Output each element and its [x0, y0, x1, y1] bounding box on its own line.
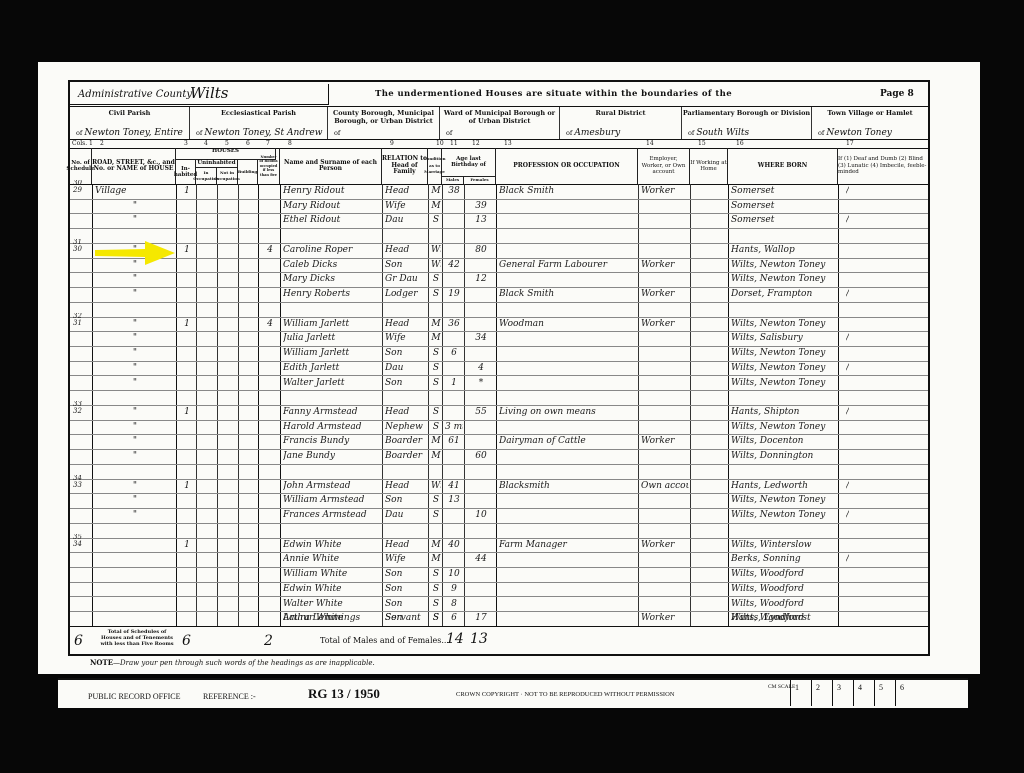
cell-name: Edith Jarlett	[283, 361, 381, 376]
cell-born: Somerset	[731, 199, 837, 214]
cell-female-age: 13	[467, 213, 495, 228]
cell-condition: S	[431, 420, 441, 435]
cell-name: Laura Lemmings	[283, 611, 381, 626]
cell-name: Henry Roberts	[283, 287, 381, 302]
cell-relation: Head	[385, 538, 427, 553]
total-schedules: 6	[74, 633, 83, 649]
cell-condition: S	[431, 582, 441, 597]
cell-female-age: *	[467, 376, 495, 391]
cell-road: "	[95, 287, 175, 302]
cell-born: Somerset	[731, 213, 837, 228]
cell-road: "	[95, 493, 175, 508]
cell-name: Julia Jarlett	[283, 331, 381, 346]
cell-born: Dorset, Frampton	[731, 287, 837, 302]
scale-mark: 4	[853, 680, 874, 706]
cell-name: Frances Armstead	[283, 508, 381, 523]
cell-male-age: 42	[445, 258, 463, 273]
total-houses-label: Total of Schedules of Houses and of Tene…	[100, 629, 174, 647]
cell-condition: S	[431, 567, 441, 582]
reference-label: REFERENCE :-	[203, 692, 256, 701]
tick-mark: /	[846, 213, 849, 228]
column-number: 6	[246, 140, 250, 147]
page-number: Page 8	[880, 89, 914, 99]
cell-female-age: 34	[467, 331, 495, 346]
administrative-county: Administrative County Wilts	[70, 84, 329, 105]
column-number: 12	[472, 140, 480, 147]
cell-born: Wilts, Winterslow	[731, 538, 837, 553]
scale-mark: 1	[790, 680, 811, 706]
table-row	[70, 302, 928, 318]
rural-district-value: Amesbury	[574, 128, 620, 138]
header-occupation: PROFESSION OR OCCUPATION	[496, 148, 638, 184]
cell-born: Hants, Lyndhurst	[731, 611, 837, 626]
cell-relation: Nephew	[385, 420, 427, 435]
total-rooms: 2	[264, 633, 273, 649]
cell-born: Wilts, Woodford	[731, 582, 837, 597]
header-building: Building	[238, 160, 258, 184]
header-rooms: Number of Rooms occupied if less than fi…	[258, 148, 280, 184]
cell-schedule: 3029	[73, 180, 91, 196]
cell-male-age: 38	[445, 184, 463, 199]
office-label: PUBLIC RECORD OFFICE	[88, 692, 180, 701]
cell-occupation: Black Smith	[499, 287, 637, 302]
header-name: Name and Surname of each Person	[280, 148, 382, 184]
cell-female-age: 10	[467, 508, 495, 523]
cell-female-age: 39	[467, 199, 495, 214]
cell-condition: S	[431, 361, 441, 376]
civil-parish-value: Newton Toney, Entire	[84, 128, 183, 138]
cell-born: Wilts, Newton Toney	[731, 317, 837, 332]
cell-male-age: 36	[445, 317, 463, 332]
cell-born: Wilts, Newton Toney	[731, 420, 837, 435]
cell-rooms: 4	[261, 317, 279, 332]
header-females: Females	[464, 176, 496, 184]
village-value: Newton Toney	[826, 128, 892, 138]
cell-name: William Jarlett	[283, 346, 381, 361]
header-working-at-home: If Working at Home	[690, 148, 728, 184]
cm-scale: 123456	[790, 680, 916, 706]
ecclesiastical-parish: Ecclesiastical Parish ofNewton Toney, St…	[190, 107, 328, 139]
cell-condition: M	[431, 449, 441, 464]
scale-mark: 6	[895, 680, 916, 706]
cell-condition: M	[431, 538, 441, 553]
tick-mark: /	[846, 552, 849, 567]
cell-inhabited: 1	[179, 317, 195, 332]
cell-female-age: 80	[467, 243, 495, 258]
cell-road: "	[95, 405, 175, 420]
header-employer: Employer, Worker, or Own account	[638, 148, 690, 184]
cell-name: Walter Jarlett	[283, 376, 381, 391]
cell-employer: Own account	[641, 479, 689, 494]
copyright-notice: CROWN COPYRIGHT · NOT TO BE REPRODUCED W…	[456, 691, 675, 698]
cell-schedule: 3332	[73, 401, 91, 417]
cell-male-age: 41	[445, 479, 463, 494]
cell-name: Edwin White	[283, 538, 381, 553]
scale-mark: 5	[874, 680, 895, 706]
cell-male-age: 6	[445, 611, 463, 626]
cell-employer: Worker	[641, 434, 689, 449]
cell-inhabited: 1	[179, 243, 195, 258]
yellow-arrow-icon	[95, 240, 175, 266]
cell-relation: Son	[385, 597, 427, 612]
cell-relation: Son	[385, 567, 427, 582]
cell-relation: Wife	[385, 331, 427, 346]
cell-relation: Son	[385, 376, 427, 391]
cell-born: Somerset	[731, 184, 837, 199]
cell-female-age: 60	[467, 449, 495, 464]
cell-born: Hants, Wallop	[731, 243, 837, 258]
column-number: 2	[100, 140, 104, 147]
column-number: 7	[266, 140, 270, 147]
cell-name: Caroline Roper	[283, 243, 381, 258]
cell-male-age: 19	[445, 287, 463, 302]
cell-road: "	[95, 272, 175, 287]
column-number: 5	[225, 140, 229, 147]
cell-born: Berks, Sonning	[731, 552, 837, 567]
cell-condition: M	[431, 331, 441, 346]
scale-mark: 2	[811, 680, 832, 706]
table-row	[70, 464, 928, 480]
cell-occupation: Dairyman of Cattle	[499, 434, 637, 449]
cell-relation: Head	[385, 184, 427, 199]
note: NOTE—Draw your pen through such words of…	[90, 658, 375, 667]
cell-schedule: 3231	[73, 313, 91, 329]
column-number: 15	[698, 140, 706, 147]
column-number: 9	[390, 140, 394, 147]
cell-name: Mary Dicks	[283, 272, 381, 287]
cell-name: William Jarlett	[283, 317, 381, 332]
cell-male-age: 1	[445, 376, 463, 391]
cell-name: Henry Ridout	[283, 184, 381, 199]
cell-occupation: General Farm Labourer	[499, 258, 637, 273]
header-schedule: No. of Schedule	[70, 148, 92, 184]
column-number: Cols. 1	[72, 140, 93, 147]
cell-condition: S	[431, 493, 441, 508]
header-relation: RELATION to Head of Family	[382, 148, 428, 184]
cell-road: "	[95, 346, 175, 361]
admin-county-label: Administrative County	[78, 89, 192, 100]
cell-name: William White	[283, 567, 381, 582]
undermentioned-heading: The undermentioned Houses are situate wi…	[375, 89, 732, 99]
cell-male-age: 61	[445, 434, 463, 449]
cell-inhabited: 1	[179, 538, 195, 553]
cell-relation: Head	[385, 479, 427, 494]
parliamentary-borough: Parliamentary Borough or Division ofSout…	[682, 107, 812, 139]
column-number: 13	[504, 140, 512, 147]
column-number: 16	[736, 140, 744, 147]
cell-road: "	[95, 449, 175, 464]
civil-parish: Civil Parish ofNewton Toney, Entire	[70, 107, 190, 139]
table-row	[70, 390, 928, 406]
cell-born: Wilts, Docenton	[731, 434, 837, 449]
cell-name: Harold Armstead	[283, 420, 381, 435]
cell-employer: Worker	[641, 287, 689, 302]
tick-mark: /	[846, 331, 849, 346]
area-boundaries: Civil Parish ofNewton Toney, Entire Eccl…	[70, 106, 928, 140]
cell-relation: Boarder	[385, 449, 427, 464]
cell-rooms: 4	[261, 243, 279, 258]
cell-relation: Dau	[385, 361, 427, 376]
cell-male-age: 10	[445, 567, 463, 582]
total-houses: 6	[182, 633, 191, 649]
cell-name: Jane Bundy	[283, 449, 381, 464]
cell-condition: S	[431, 272, 441, 287]
cell-relation: Head	[385, 405, 427, 420]
table-row	[70, 228, 928, 244]
cell-employer: Worker	[641, 184, 689, 199]
cell-born: Hants, Shipton	[731, 405, 837, 420]
cell-road: "	[95, 508, 175, 523]
cell-female-age: 4	[467, 361, 495, 376]
cell-born: Wilts, Woodford	[731, 567, 837, 582]
column-number: 14	[646, 140, 654, 147]
cell-name: John Armstead	[283, 479, 381, 494]
cell-female-age: 44	[467, 552, 495, 567]
admin-county-value: Wilts	[190, 84, 228, 102]
cell-born: Hants, Ledworth	[731, 479, 837, 494]
column-number: 3	[184, 140, 188, 147]
cell-condition: S	[431, 508, 441, 523]
cell-condition: S	[431, 597, 441, 612]
cell-born: Wilts, Newton Toney	[731, 346, 837, 361]
archive-footer: PUBLIC RECORD OFFICE REFERENCE :- RG 13 …	[58, 678, 968, 708]
cell-relation: Dau	[385, 508, 427, 523]
tick-mark: /	[846, 361, 849, 376]
header-not-in-occupation: Not in Occupation	[217, 168, 238, 184]
cell-road: "	[95, 199, 175, 214]
cell-employer: Worker	[641, 611, 689, 626]
rural-district: Rural District ofAmesbury	[560, 107, 682, 139]
cell-road: "	[95, 376, 175, 391]
cell-condition: S	[431, 213, 441, 228]
cell-road: "	[95, 213, 175, 228]
tick-mark: /	[846, 479, 849, 494]
cell-name: Mary Ridout	[283, 199, 381, 214]
column-headers: No. of Schedule ROAD, STREET, &c., and N…	[70, 148, 928, 185]
cell-relation: Lodger	[385, 287, 427, 302]
cell-name: Fanny Armstead	[283, 405, 381, 420]
column-number: 10	[436, 140, 444, 147]
cell-road: "	[95, 317, 175, 332]
cell-born: Wilts, Newton Toney	[731, 376, 837, 391]
cell-name: Caleb Dicks	[283, 258, 381, 273]
cell-relation: Son	[385, 346, 427, 361]
cell-born: Wilts, Donnington	[731, 449, 837, 464]
cell-name: Walter White	[283, 597, 381, 612]
totals-row: 6 Total of Schedules of Houses and of Te…	[70, 626, 928, 655]
cell-born: Wilts, Newton Toney	[731, 493, 837, 508]
cell-relation: Son	[385, 582, 427, 597]
cell-born: Wilts, Newton Toney	[731, 258, 837, 273]
cell-born: Wilts, Salisbury	[731, 331, 837, 346]
cell-male-age: 13	[445, 493, 463, 508]
reference-number: RG 13 / 1950	[308, 686, 380, 702]
ecclesiastical-parish-value: Newton Toney, St Andrew	[204, 128, 322, 138]
cell-relation: Son	[385, 258, 427, 273]
cell-employer: Worker	[641, 317, 689, 332]
cell-inhabited: 1	[179, 184, 195, 199]
cell-male-age: 40	[445, 538, 463, 553]
header-infirmity: If (1) Deaf and Dumb (2) Blind (3) Lunat…	[838, 148, 928, 184]
cell-condition: M	[431, 317, 441, 332]
header-uninhabited: Uninhabited	[196, 160, 238, 168]
cell-employer: Worker	[641, 258, 689, 273]
cell-condition: M	[431, 552, 441, 567]
column-number: 4	[204, 140, 208, 147]
cell-relation: Boarder	[385, 434, 427, 449]
header-condition: Condition as to Marriage	[428, 148, 442, 184]
cell-relation: Wife	[385, 552, 427, 567]
cell-born: Wilts, Newton Toney	[731, 272, 837, 287]
cell-relation: Son	[385, 493, 427, 508]
cell-condition: M	[431, 434, 441, 449]
cell-road: "	[95, 420, 175, 435]
column-number: 17	[846, 140, 854, 147]
cell-condition: S	[431, 287, 441, 302]
cell-relation: Wife	[385, 199, 427, 214]
cell-relation: Head	[385, 317, 427, 332]
cell-female-age: 12	[467, 272, 495, 287]
header-age: Age last Birthday of	[442, 148, 496, 176]
cell-condition: S	[431, 376, 441, 391]
column-number: 11	[450, 140, 458, 147]
cell-condition: Wid	[431, 479, 441, 494]
tick-mark: /	[846, 287, 849, 302]
cell-relation: Dau	[385, 213, 427, 228]
cell-schedule: 3130	[73, 239, 91, 255]
cell-condition: Wid	[431, 243, 441, 258]
cell-schedule: 3534	[73, 534, 91, 550]
cell-name: Ethel Ridout	[283, 213, 381, 228]
cell-occupation: Living on own means	[499, 405, 637, 420]
cell-inhabited: 1	[179, 479, 195, 494]
cell-road: Village	[95, 184, 175, 199]
table-row	[70, 523, 928, 539]
header-road: ROAD, STREET, &c., and No. or NAME of HO…	[92, 148, 176, 184]
cell-female-age: 17	[467, 611, 495, 626]
cell-name: Edwin White	[283, 582, 381, 597]
cell-condition: S	[431, 346, 441, 361]
cell-name: Annie White	[283, 552, 381, 567]
cell-relation: Head	[385, 243, 427, 258]
column-number: 8	[288, 140, 292, 147]
cell-occupation: Black Smith	[499, 184, 637, 199]
cell-male-age: 9	[445, 582, 463, 597]
cell-occupation: Blacksmith	[499, 479, 637, 494]
cell-condition: S	[431, 611, 441, 626]
cell-relation: Servant	[385, 611, 427, 626]
cell-road: "	[95, 479, 175, 494]
cell-condition: S	[431, 405, 441, 420]
cell-occupation: Farm Manager	[499, 538, 637, 553]
parliamentary-value: South Wilts	[696, 128, 749, 138]
header-where-born: WHERE BORN	[728, 148, 838, 184]
cell-born: Wilts, Newton Toney	[731, 508, 837, 523]
cell-road: "	[95, 434, 175, 449]
cell-male-age: 6	[445, 346, 463, 361]
tick-mark: /	[846, 405, 849, 420]
cell-condition: Wid	[431, 258, 441, 273]
cell-road: "	[95, 331, 175, 346]
cell-schedule: 3433	[73, 475, 91, 491]
tick-mark: /	[846, 184, 849, 199]
ward: Ward of Municipal Borough or of Urban Di…	[440, 107, 560, 139]
census-entries: 3029Village1Henry RidoutHeadM38Black Smi…	[70, 184, 928, 626]
cell-occupation: Woodman	[499, 317, 637, 332]
total-females: 13	[470, 631, 488, 647]
tick-mark: /	[846, 508, 849, 523]
total-males: 14	[446, 631, 464, 647]
scale-mark: 3	[832, 680, 853, 706]
cell-female-age: 55	[467, 405, 495, 420]
cell-name: William Armstead	[283, 493, 381, 508]
cell-employer: Worker	[641, 538, 689, 553]
village-hamlet: Town Village or Hamlet ofNewton Toney	[812, 107, 928, 139]
cell-condition: M	[431, 199, 441, 214]
cell-inhabited: 1	[179, 405, 195, 420]
county-borough: County Borough, Municipal Borough, or Ur…	[328, 107, 440, 139]
cell-road: "	[95, 361, 175, 376]
cell-male-age: 8	[445, 597, 463, 612]
cell-name: Francis Bundy	[283, 434, 381, 449]
cell-born: Wilts, Newton Toney	[731, 361, 837, 376]
cell-relation: Gr Dau	[385, 272, 427, 287]
total-persons-label: Total of Males and of Females...	[320, 636, 449, 645]
cell-male-age: 3 mths	[445, 420, 463, 435]
cell-born: Wilts, Woodford	[731, 597, 837, 612]
cell-condition: M	[431, 184, 441, 199]
header-males: Males	[442, 176, 464, 184]
